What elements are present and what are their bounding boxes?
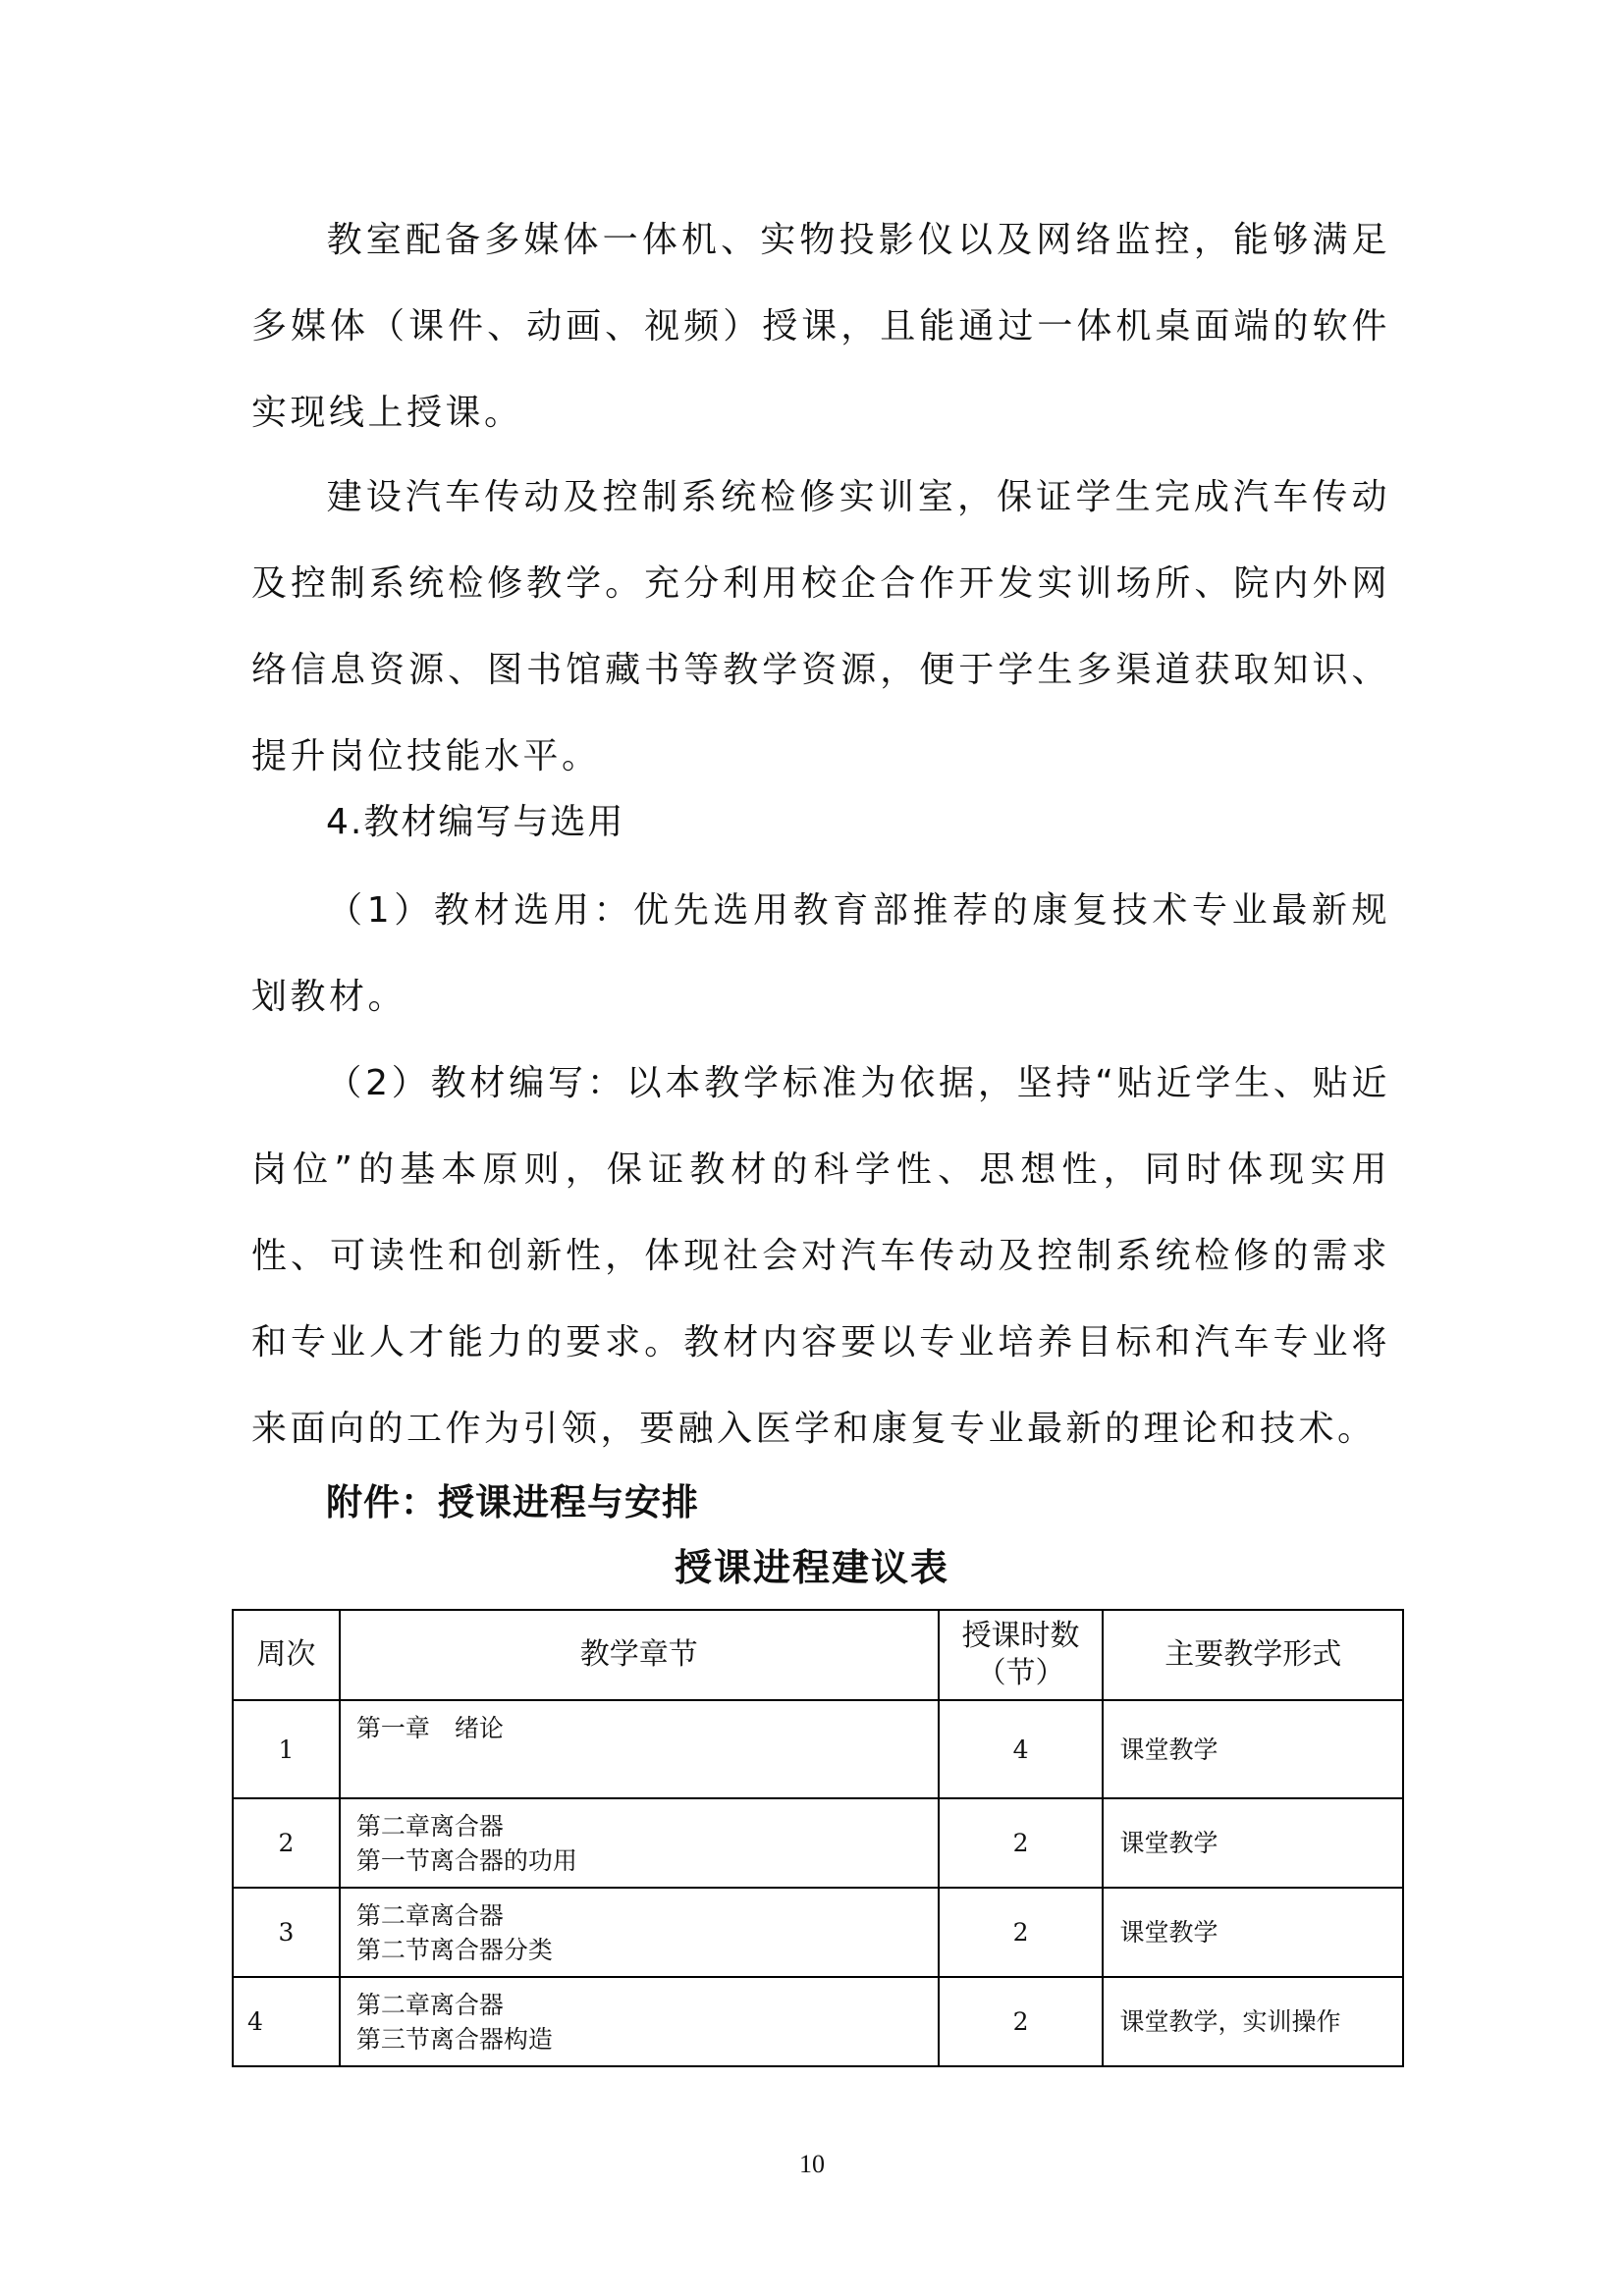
cell-chapter: 第二章离合器第三节离合器构造: [340, 1977, 939, 2066]
paragraph-training-room: 建设汽车传动及控制系统检修实训室，保证学生完成汽车传动及控制系统检修教学。充分利…: [251, 454, 1390, 800]
header-week: 周次: [233, 1610, 340, 1700]
paragraph-textbook-writing: （2）教材编写：以本教学标准为依据，坚持“贴近学生、贴近岗位”的基本原则，保证教…: [251, 1041, 1390, 1472]
cell-hours: 4: [939, 1700, 1104, 1798]
cell-form: 课堂教学，实训操作: [1103, 1977, 1403, 2066]
table-row: 1 第一章 绪论 4 课堂教学: [233, 1700, 1403, 1798]
table-title: 授课进程建议表: [0, 1537, 1624, 1591]
header-chapter: 教学章节: [340, 1610, 939, 1700]
cell-chapter: 第二章离合器第一节离合器的功用: [340, 1798, 939, 1888]
cell-week: 3: [233, 1888, 340, 1977]
table-row: 2 第二章离合器第一节离合器的功用 2 课堂教学: [233, 1798, 1403, 1888]
cell-chapter: 第一章 绪论: [340, 1700, 939, 1798]
cell-hours: 2: [939, 1977, 1104, 2066]
document-page: 教室配备多媒体一体机、实物投影仪以及网络监控，能够满足多媒体（课件、动画、视频）…: [0, 0, 1624, 2296]
cell-week: 1: [233, 1700, 340, 1798]
annex-title: 附件：授课进程与安排: [326, 1472, 699, 1525]
page-number: 10: [0, 2150, 1624, 2179]
paragraph-classroom-equipment: 教室配备多媒体一体机、实物投影仪以及网络监控，能够满足多媒体（课件、动画、视频）…: [251, 197, 1390, 456]
table-row: 3 第二章离合器第二节离合器分类 2 课堂教学: [233, 1888, 1403, 1977]
cell-chapter: 第二章离合器第二节离合器分类: [340, 1888, 939, 1977]
schedule-table: 周次 教学章节 授课时数（节） 主要教学形式 1 第一章 绪论 4 课堂教学 2…: [232, 1609, 1404, 2067]
cell-hours: 2: [939, 1798, 1104, 1888]
cell-form: 课堂教学: [1103, 1888, 1403, 1977]
header-form: 主要教学形式: [1103, 1610, 1403, 1700]
cell-week: 4: [233, 1977, 340, 2066]
table-row: 4 第二章离合器第三节离合器构造 2 课堂教学，实训操作: [233, 1977, 1403, 2066]
cell-week: 2: [233, 1798, 340, 1888]
table-header-row: 周次 教学章节 授课时数（节） 主要教学形式: [233, 1610, 1403, 1700]
section-heading-textbooks: 4.教材编写与选用: [326, 799, 624, 846]
paragraph-textbook-selection: （1）教材选用：优先选用教育部推荐的康复技术专业最新规划教材。: [251, 868, 1390, 1041]
header-hours: 授课时数（节）: [939, 1610, 1104, 1700]
cell-hours: 2: [939, 1888, 1104, 1977]
cell-form: 课堂教学: [1103, 1798, 1403, 1888]
cell-form: 课堂教学: [1103, 1700, 1403, 1798]
